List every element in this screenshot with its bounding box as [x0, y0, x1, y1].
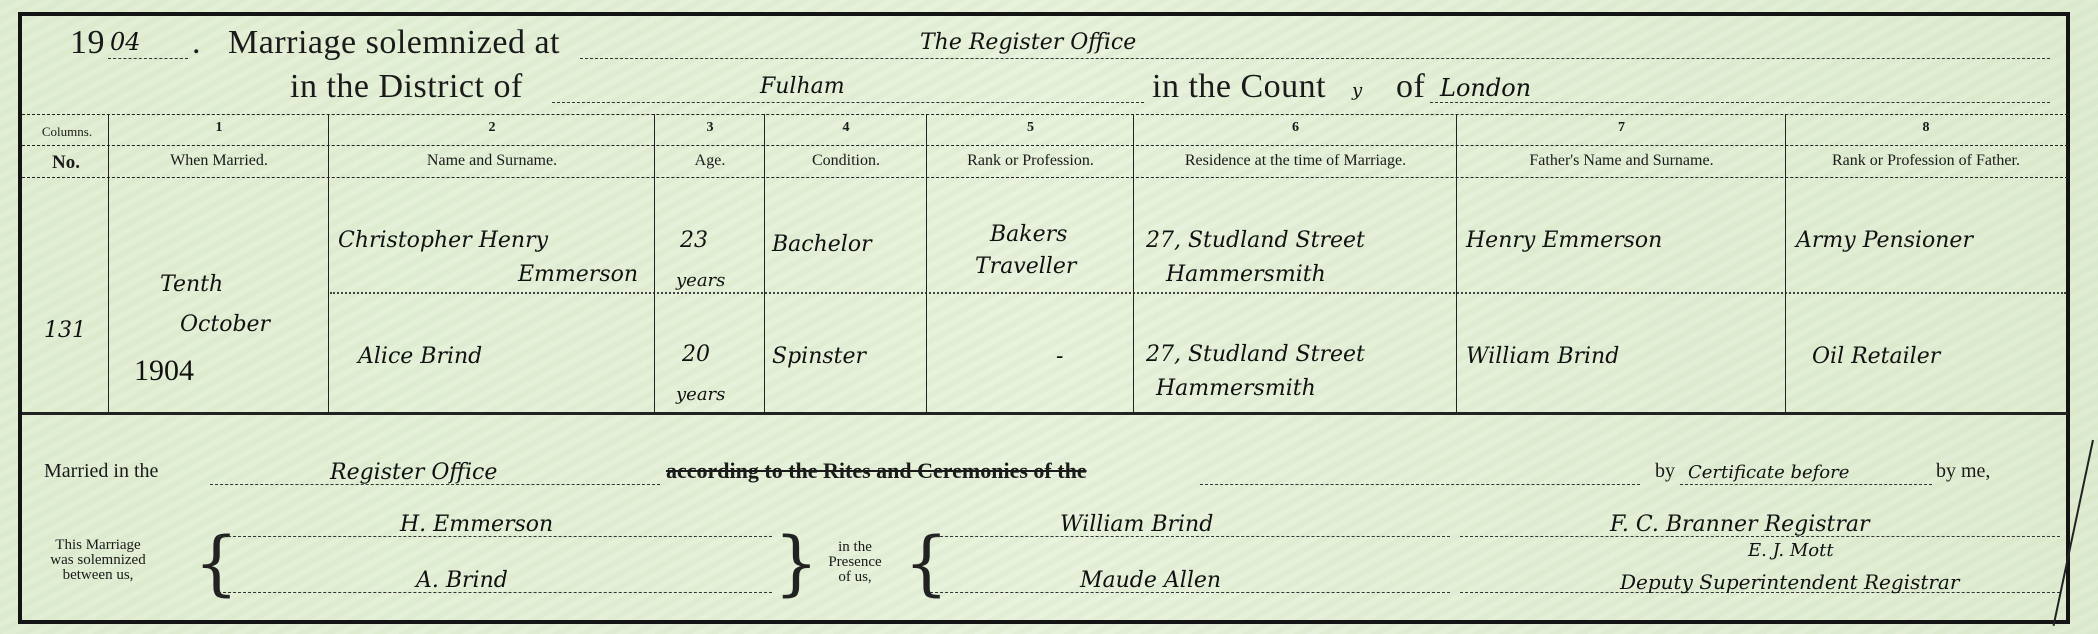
between-label-2: was solemnized	[50, 553, 146, 568]
county-label: in the Count	[1152, 68, 1326, 106]
groom-profession-1: Bakers	[990, 222, 1067, 247]
header-father-name: Father's Name and Surname.	[1458, 152, 1785, 170]
column-number-4: 4	[766, 120, 926, 136]
witness-brace-icon: {	[904, 528, 949, 598]
header-condition: Condition.	[766, 152, 926, 170]
by-me-label: by me,	[1936, 460, 1990, 483]
groom-residence-1: 27, Studland Street	[1146, 228, 1365, 253]
groom-profession-2: Traveller	[975, 254, 1076, 279]
deputy-title: Deputy Superintendent Registrar	[1620, 570, 1959, 594]
bride-condition: Spinster	[772, 344, 866, 369]
year-suffix: 04	[110, 28, 141, 56]
header-age: Age.	[656, 152, 764, 170]
column-number-7: 7	[1458, 120, 1785, 136]
groom-name-2: Emmerson	[518, 262, 638, 287]
year-prefix: 19	[70, 24, 105, 62]
rites-label: according to the Rites and Ceremonies of…	[666, 458, 1087, 484]
bride-father-profession: Oil Retailer	[1812, 344, 1940, 369]
deputy-name: E. J. Mott	[1748, 540, 1834, 561]
header-rank: Rank or Profession.	[928, 152, 1133, 170]
groom-age: 23	[680, 228, 708, 253]
by-label: by	[1655, 460, 1675, 483]
column-number-2: 2	[330, 120, 654, 136]
married-in-value: Register Office	[330, 460, 497, 485]
date-day: Tenth	[160, 272, 223, 297]
column-number-1: 1	[110, 120, 328, 136]
presence-label-1: in the	[810, 540, 900, 555]
married-in-label: Married in the	[44, 460, 158, 483]
solemnized-label: Marriage solemnized at	[228, 24, 560, 62]
of-label: of	[1396, 68, 1425, 106]
groom-residence-2: Hammersmith	[1166, 262, 1326, 287]
between-label-3: between us,	[50, 568, 146, 583]
presence-label-3: of us,	[810, 570, 900, 585]
header-when-married: When Married.	[110, 152, 328, 170]
district-value: Fulham	[760, 74, 845, 99]
groom-signature: H. Emmerson	[400, 512, 553, 537]
registrar-signature: F. C. Branner Registrar	[1610, 512, 1870, 537]
column-number-6: 6	[1135, 120, 1456, 136]
column-number-3: 3	[656, 120, 764, 136]
solemnized-value: The Register Office	[920, 30, 1136, 55]
groom-father-name: Henry Emmerson	[1466, 228, 1662, 253]
date-month: October	[180, 312, 270, 337]
bride-age-unit: years	[676, 384, 725, 405]
groom-name-1: Christopher Henry	[338, 228, 548, 253]
column-number-5: 5	[928, 120, 1133, 136]
bride-age: 20	[682, 342, 710, 367]
left-brace-icon: {	[194, 528, 239, 598]
witness-2: Maude Allen	[1080, 568, 1221, 593]
columns-label: Columns.	[30, 124, 104, 140]
header-father-rank: Rank or Profession of Father.	[1787, 152, 2065, 170]
presence-label-2: Presence	[810, 555, 900, 570]
bride-signature: A. Brind	[416, 568, 508, 593]
bride-residence-1: 27, Studland Street	[1146, 342, 1365, 367]
by-value: Certificate before	[1688, 462, 1849, 483]
bride-residence-2: Hammersmith	[1156, 376, 1316, 401]
groom-condition: Bachelor	[772, 232, 872, 257]
bride-father-name: William Brind	[1466, 344, 1619, 369]
header-name: Name and Surname.	[330, 152, 654, 170]
header-no: No.	[24, 152, 108, 174]
county-value: London	[1440, 74, 1531, 102]
entry-number: 131	[44, 318, 86, 343]
groom-father-profession: Army Pensioner	[1796, 228, 1973, 253]
groom-age-unit: years	[676, 270, 725, 291]
between-label-1: This Marriage	[50, 538, 146, 553]
column-number-8: 8	[1787, 120, 2065, 136]
county-suffix: y	[1352, 80, 1362, 101]
bride-name: Alice Brind	[358, 344, 482, 369]
header-residence: Residence at the time of Marriage.	[1135, 152, 1456, 170]
district-label: in the District of	[290, 68, 523, 106]
bride-profession: -	[1056, 344, 1063, 369]
witness-1: William Brind	[1060, 512, 1213, 537]
date-year: 1904	[134, 354, 194, 388]
